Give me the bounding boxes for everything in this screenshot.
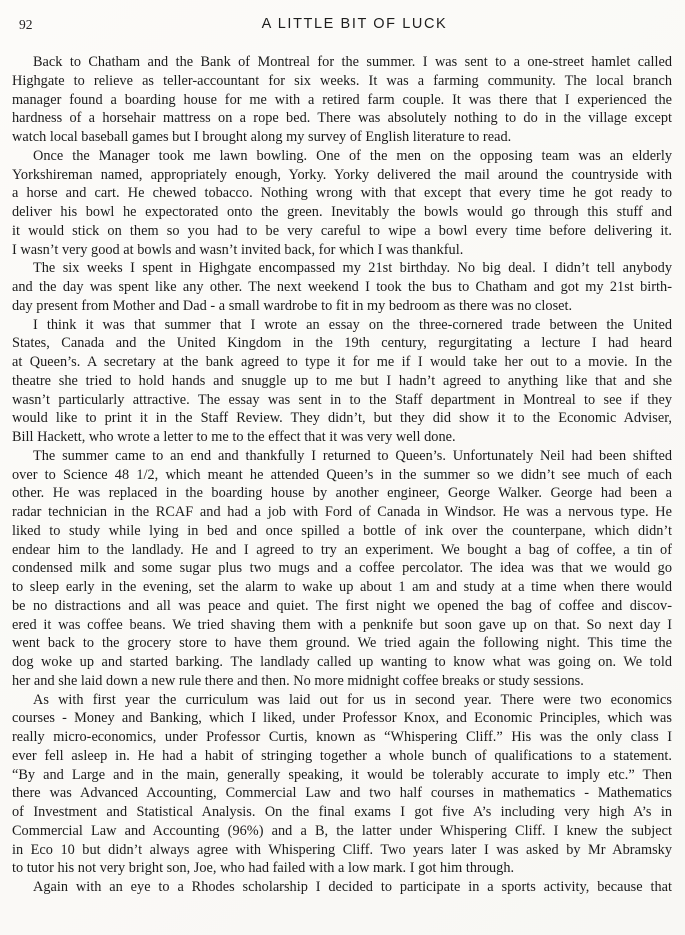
text-line: The summer came to an end and thankfully…: [12, 447, 672, 466]
book-page: 92 A LITTLE BIT OF LUCK Back to Chatham …: [0, 0, 685, 935]
text-line: would like to print it in the Staff Revi…: [12, 409, 672, 428]
text-line: a horse and cart. He chewed tobacco. Not…: [12, 184, 672, 203]
text-line: Again with an eye to a Rhodes scholarshi…: [12, 878, 672, 897]
text-line: hardness of a horsehair mattress on a ro…: [12, 109, 672, 128]
text-line: Yorkshireman named, appropriately enough…: [12, 166, 672, 185]
text-line: deliver his bowl he expectorated onto th…: [12, 203, 672, 222]
text-line: watch local baseball games but I brought…: [12, 128, 672, 147]
text-line: condensed milk and some sugar plus two m…: [12, 559, 672, 578]
paragraph: I think it was that summer that I wrote …: [12, 316, 672, 447]
text-line: and the day was spent like any other. Th…: [12, 278, 672, 297]
text-line: theatre she tried to hold hands and snug…: [12, 372, 672, 391]
text-line: day present from Mother and Dad - a smal…: [12, 297, 672, 316]
text-line: over to Science 48 1/2, which meant he a…: [12, 466, 672, 485]
text-line: to tutor his not very bright son, Joe, w…: [12, 859, 672, 878]
text-line: dog woke up and started barking. The lan…: [12, 653, 672, 672]
text-line: ever fell asleep in. He had a habit of s…: [12, 747, 672, 766]
paragraph: The summer came to an end and thankfully…: [12, 447, 672, 691]
text-line: Commercial Law and Accounting (96%) and …: [12, 822, 672, 841]
paragraph: Once the Manager took me lawn bowling. O…: [12, 147, 672, 260]
text-line: wasn’t particularly attractive. The essa…: [12, 391, 672, 410]
text-line: went back to the grocery store to have t…: [12, 634, 672, 653]
text-line: Once the Manager took me lawn bowling. O…: [12, 147, 672, 166]
text-line: endear him to the landlady. He and I agr…: [12, 541, 672, 560]
text-line: of Investment and Statistical Analysis. …: [12, 803, 672, 822]
paragraph: Back to Chatham and the Bank of Montreal…: [12, 53, 672, 147]
text-line: I think it was that summer that I wrote …: [12, 316, 672, 335]
text-line: there was Advanced Accounting, Commercia…: [12, 784, 672, 803]
page-body: Back to Chatham and the Bank of Montreal…: [12, 53, 672, 897]
text-line: to sleep early in the evening, set the a…: [12, 578, 672, 597]
running-head-title: A LITTLE BIT OF LUCK: [24, 16, 685, 32]
text-line: courses - Money and Banking, which I lik…: [12, 709, 672, 728]
text-line: liked to study while lying in bed and on…: [12, 522, 672, 541]
text-line: “By and Large and in the main, generally…: [12, 766, 672, 785]
text-line: in Eco 10 but didn’t always agree with W…: [12, 841, 672, 860]
text-line: Highgate to relieve as teller-accountant…: [12, 72, 672, 91]
paragraph: As with first year the curriculum was la…: [12, 691, 672, 879]
page-header: 92 A LITTLE BIT OF LUCK: [0, 14, 685, 36]
text-line: it would stick on them so you had to be …: [12, 222, 672, 241]
text-line: manager found a boarding house for me wi…: [12, 91, 672, 110]
text-line: at Queen’s. A secretary at the bank agre…: [12, 353, 672, 372]
text-line: radar technician in the RCAF and had a j…: [12, 503, 672, 522]
paragraph: Again with an eye to a Rhodes scholarshi…: [12, 878, 672, 897]
text-line: her and she laid down a new rule there a…: [12, 672, 672, 691]
text-line: I wasn’t very good at bowls and wasn’t i…: [12, 241, 672, 260]
text-line: be no distractions and all was peace and…: [12, 597, 672, 616]
text-line: Back to Chatham and the Bank of Montreal…: [12, 53, 672, 72]
text-line: The six weeks I spent in Highgate encomp…: [12, 259, 672, 278]
text-line: Bill Hackett, who wrote a letter to me t…: [12, 428, 672, 447]
paragraph: The six weeks I spent in Highgate encomp…: [12, 259, 672, 315]
text-line: As with first year the curriculum was la…: [12, 691, 672, 710]
text-line: other. He was replaced in the boarding h…: [12, 484, 672, 503]
text-line: States, Canada and the United Kingdom in…: [12, 334, 672, 353]
text-line: ered it was coffee beans. We tried shavi…: [12, 616, 672, 635]
text-line: really micro-economics, under Professor …: [12, 728, 672, 747]
